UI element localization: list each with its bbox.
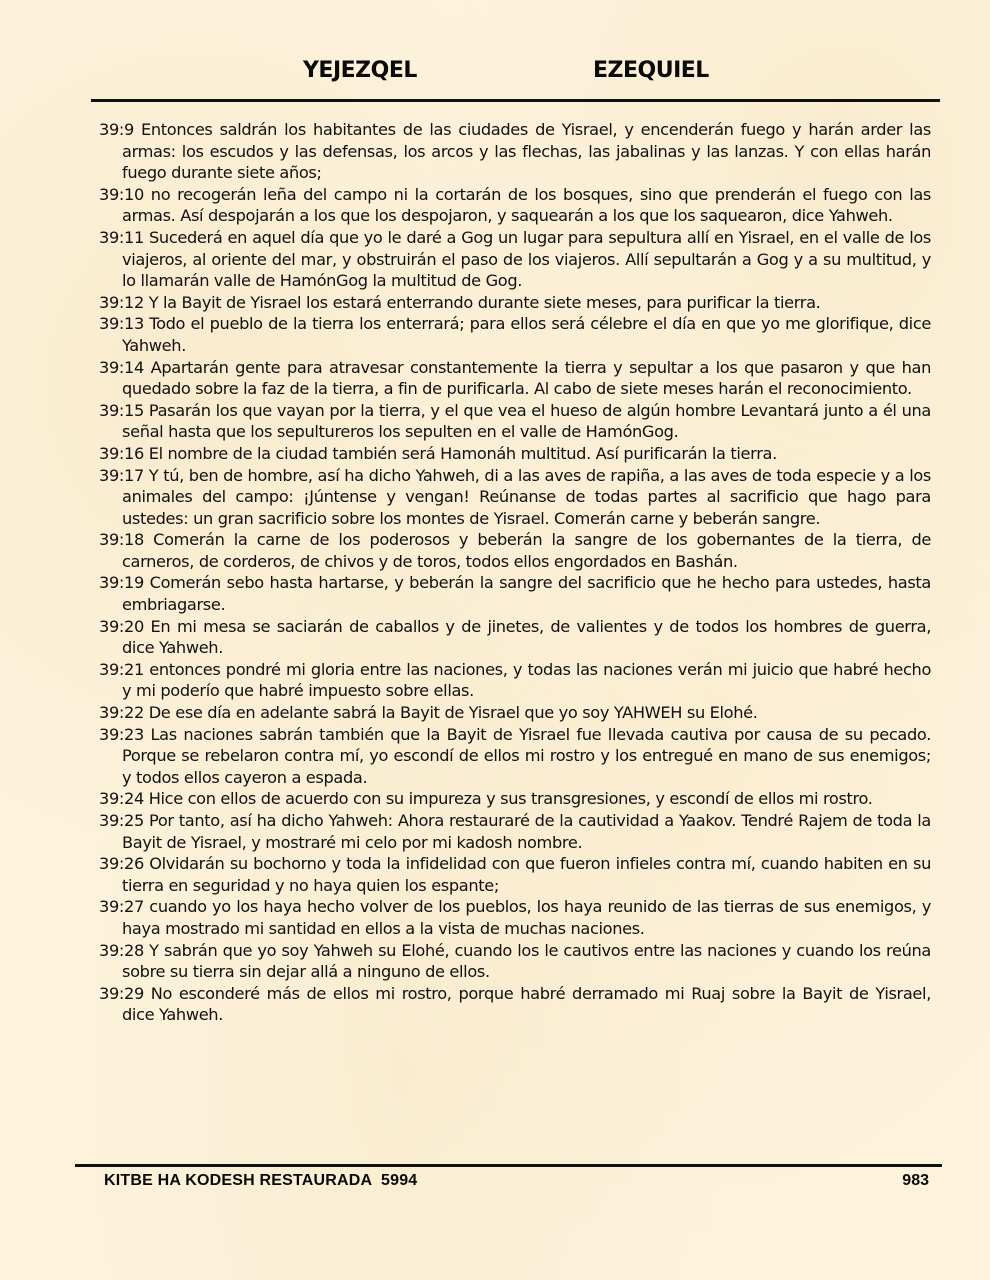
header-rule	[91, 99, 940, 102]
header-spanish-title: EZEQUIEL	[593, 58, 709, 83]
verse-39-12: 39:12 Y la Bayit de Yisrael los estará e…	[99, 292, 931, 314]
verse-39-16: 39:16 El nombre de la ciudad también ser…	[99, 443, 931, 465]
verse-39-14: 39:14 Apartarán gente para atravesar con…	[99, 357, 931, 400]
verse-39-18: 39:18 Comerán la carne de los poderosos …	[99, 529, 931, 572]
verse-39-15: 39:15 Pasarán los que vayan por la tierr…	[99, 400, 931, 443]
footer-book-title: KITBE HA KODESH RESTAURADA 5994	[104, 1172, 417, 1190]
verse-39-17: 39:17 Y tú, ben de hombre, así ha dicho …	[99, 465, 931, 530]
verse-39-10: 39:10 no recogerán leña del campo ni la …	[99, 184, 931, 227]
verse-39-24: 39:24 Hice con ellos de acuerdo con su i…	[99, 788, 931, 810]
verse-39-25: 39:25 Por tanto, así ha dicho Yahweh: Ah…	[99, 810, 931, 853]
verse-39-26: 39:26 Olvidarán su bochorno y toda la in…	[99, 853, 931, 896]
verse-39-23: 39:23 Las naciones sabrán también que la…	[99, 724, 931, 789]
page-number: 983	[902, 1172, 929, 1190]
verse-39-20: 39:20 En mi mesa se saciarán de caballos…	[99, 616, 931, 659]
verse-39-22: 39:22 De ese día en adelante sabrá la Ba…	[99, 702, 931, 724]
verse-39-13: 39:13 Todo el pueblo de la tierra los en…	[99, 313, 931, 356]
page-header: YEJEZQEL EZEQUIEL	[0, 58, 990, 92]
verse-39-29: 39:29 No esconderé más de ellos mi rostr…	[99, 983, 931, 1026]
verse-39-21: 39:21 entonces pondré mi gloria entre la…	[99, 659, 931, 702]
verse-39-11: 39:11 Sucederá en aquel día que yo le da…	[99, 227, 931, 292]
verse-39-19: 39:19 Comerán sebo hasta hartarse, y beb…	[99, 572, 931, 615]
verse-39-27: 39:27 cuando yo los haya hecho volver de…	[99, 896, 931, 939]
verse-39-9: 39:9 Entonces saldrán los habitantes de …	[99, 119, 931, 184]
footer-rule	[75, 1164, 942, 1167]
verse-39-28: 39:28 Y sabrán que yo soy Yahweh su Eloh…	[99, 940, 931, 983]
verse-list: 39:9 Entonces saldrán los habitantes de …	[99, 119, 931, 1026]
header-hebrew-title: YEJEZQEL	[303, 58, 417, 83]
